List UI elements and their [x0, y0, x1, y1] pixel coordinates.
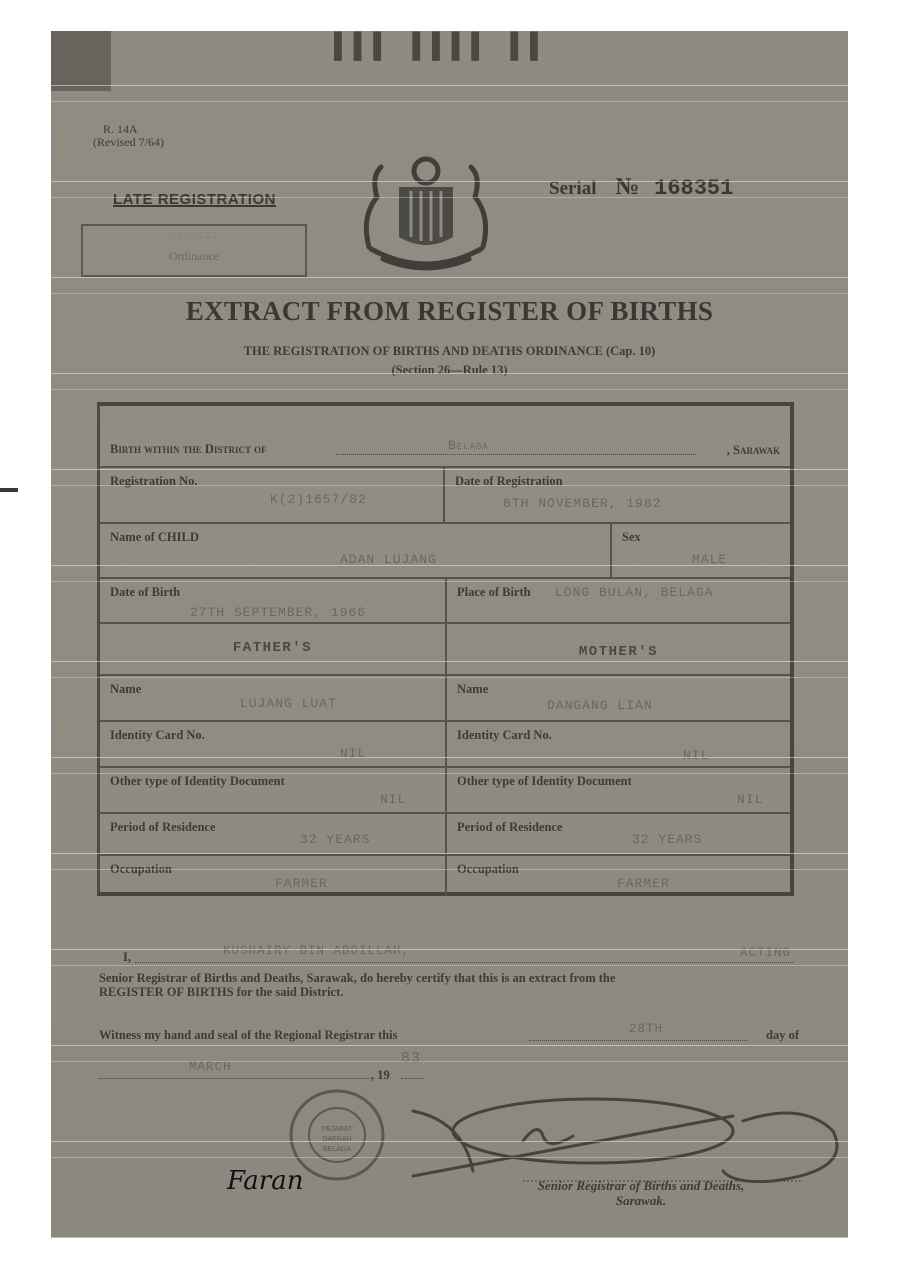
serial-label: Serial	[549, 178, 597, 199]
father-occupation-value: Farmer	[275, 876, 328, 891]
coat-of-arms-icon	[351, 149, 501, 274]
date-of-registration-cell: Date of Registration 8th November, 1982	[443, 468, 790, 522]
stamp-line-1: · · · · · · ·	[83, 230, 305, 245]
section-rule: (Section 26—Rule 13)	[51, 363, 848, 378]
sex-label: Sex	[622, 530, 641, 545]
parents-occupation-row: Occupation Farmer Occupation Farmer	[100, 856, 790, 896]
day-dotted-line	[529, 1040, 747, 1041]
stamp-line-2: Ordinance	[83, 249, 305, 264]
place-of-birth-cell: Place of Birth Long Bulan, Belaga	[445, 579, 790, 622]
statement-line-1: Senior Registrar of Births and Deaths, S…	[99, 971, 799, 985]
father-ic-value: NIL	[340, 746, 366, 761]
registrar-title-line-2: Sarawak.	[471, 1193, 811, 1208]
father-residence-label: Period of Residence	[110, 820, 216, 835]
register-table: Birth within the District of Belaga , Sa…	[97, 402, 794, 896]
date-of-registration-value: 8th November, 1982	[503, 496, 661, 511]
mother-ic-cell: Identity Card No. NIL	[445, 722, 790, 766]
place-of-birth-label: Place of Birth	[457, 585, 531, 600]
month-dotted-line	[99, 1078, 371, 1079]
father-heading-cell: FATHER'S	[100, 624, 445, 674]
registrar-dotted-line	[135, 962, 793, 963]
scan-margin-mark	[0, 488, 18, 492]
acting-value: Acting	[740, 946, 791, 960]
father-name-label: Name	[110, 682, 141, 697]
parents-ic-row: Identity Card No. NIL Identity Card No. …	[100, 722, 790, 768]
mother-other-id-label: Other type of Identity Document	[457, 774, 632, 789]
month-value: March	[189, 1060, 232, 1074]
registration-no-label: Registration No.	[110, 474, 198, 489]
mother-name-value: Dangang Lian	[547, 698, 653, 713]
mother-occupation-label: Occupation	[457, 862, 519, 877]
form-revision: (Revised 7/64)	[93, 136, 164, 149]
father-occupation-cell: Occupation Farmer	[100, 856, 445, 896]
sex-cell: Sex Male	[610, 524, 790, 577]
serial-number: Serial № 168351	[549, 174, 733, 201]
mother-residence-cell: Period of Residence 32 Years	[445, 814, 790, 854]
form-code: R. 14A (Revised 7/64)	[93, 123, 164, 149]
district-dotted-line	[336, 454, 696, 455]
statement-line-2: REGISTER OF BIRTHS for the said District…	[99, 985, 799, 999]
certification-name-line: I, Kushairy Bin Abdillah, Acting	[99, 948, 799, 966]
father-occupation-label: Occupation	[110, 862, 172, 877]
day-value: 28th	[629, 1022, 663, 1036]
sex-value: Male	[692, 552, 727, 567]
mother-occupation-cell: Occupation Farmer	[445, 856, 790, 896]
mother-other-id-value: NIL	[737, 792, 763, 807]
father-residence-value: 32 Years	[300, 832, 370, 847]
faded-stamp-box: · · · · · · · Ordinance	[81, 224, 307, 277]
svg-text:PEJABAT: PEJABAT	[322, 1126, 353, 1133]
father-residence-cell: Period of Residence 32 Years	[100, 814, 445, 854]
registration-no-cell: Registration No. K(2)1657/82	[100, 468, 443, 522]
father-ic-cell: Identity Card No. NIL	[100, 722, 445, 766]
document-title: EXTRACT FROM REGISTER OF BIRTHS	[51, 296, 848, 327]
date-of-birth-cell: Date of Birth 27th September, 1966	[100, 579, 445, 622]
registrar-title-line-1: Senior Registrar of Births and Deaths,	[471, 1178, 811, 1193]
witness-line: Witness my hand and seal of the Regional…	[99, 1028, 799, 1046]
top-stamped-number: ▌▌▌ ▌▌▌▌ ▌▌	[334, 31, 550, 61]
mother-other-id-cell: Other type of Identity Document NIL	[445, 768, 790, 812]
year-dotted-line	[401, 1078, 423, 1079]
witness-text: Witness my hand and seal of the Regional…	[99, 1028, 398, 1042]
district-value: Belaga	[448, 438, 489, 453]
late-registration-label: LATE REGISTRATION	[113, 191, 276, 208]
district-label: Birth within the District of	[110, 442, 267, 457]
child-name-value: Adan Lujang	[340, 552, 437, 567]
parents-residence-row: Period of Residence 32 Years Period of R…	[100, 814, 790, 856]
father-other-id-cell: Other type of Identity Document NIL	[100, 768, 445, 812]
parents-name-row: Name Lujang Luat Name Dangang Lian	[100, 676, 790, 722]
place-of-birth-value: Long Bulan, Belaga	[555, 585, 713, 600]
mother-ic-value: NIL	[683, 748, 709, 763]
parents-heading-row: FATHER'S MOTHER'S	[100, 624, 790, 676]
month-year-line: March , 19 83	[99, 1056, 799, 1086]
district-row: Birth within the District of Belaga , Sa…	[100, 406, 790, 468]
father-other-id-label: Other type of Identity Document	[110, 774, 285, 789]
birth-details-row: Date of Birth 27th September, 1966 Place…	[100, 579, 790, 624]
year-value: 83	[401, 1052, 421, 1066]
father-name-value: Lujang Luat	[240, 696, 337, 711]
mother-heading: MOTHER'S	[447, 644, 790, 660]
certification-i: I,	[123, 950, 131, 964]
certification-statement: Senior Registrar of Births and Deaths, S…	[99, 971, 799, 999]
registration-row: Registration No. K(2)1657/82 Date of Reg…	[100, 468, 790, 524]
parents-other-id-row: Other type of Identity Document NIL Othe…	[100, 768, 790, 814]
mother-ic-label: Identity Card No.	[457, 728, 552, 743]
mother-heading-cell: MOTHER'S	[445, 624, 790, 674]
serial-value: 168351	[654, 176, 733, 201]
child-name-label: Name of CHILD	[110, 530, 199, 545]
day-of-text: day of	[766, 1028, 799, 1042]
registration-no-value: K(2)1657/82	[270, 492, 367, 507]
mother-name-label: Name	[457, 682, 488, 697]
svg-text:BELAGA: BELAGA	[323, 1146, 351, 1153]
year-prefix: , 19	[371, 1068, 390, 1082]
father-name-cell: Name Lujang Luat	[100, 676, 445, 720]
mother-name-cell: Name Dangang Lian	[445, 676, 790, 720]
district-suffix: , Sarawak	[727, 443, 780, 458]
left-signature: Faran	[227, 1166, 303, 1196]
date-of-registration-label: Date of Registration	[455, 474, 563, 489]
mother-occupation-value: Farmer	[617, 876, 670, 891]
registrar-title: Senior Registrar of Births and Deaths, S…	[471, 1178, 811, 1208]
ordinance-subtitle: THE REGISTRATION OF BIRTHS AND DEATHS OR…	[51, 344, 848, 359]
mother-residence-label: Period of Residence	[457, 820, 563, 835]
child-name-cell: Name of CHILD Adan Lujang	[100, 524, 610, 577]
father-heading: FATHER'S	[100, 640, 445, 656]
registrar-name: Kushairy Bin Abdillah,	[223, 944, 410, 958]
father-ic-label: Identity Card No.	[110, 728, 205, 743]
number-sign: №	[615, 174, 639, 200]
date-of-birth-label: Date of Birth	[110, 585, 180, 600]
date-of-birth-value: 27th September, 1966	[190, 605, 366, 620]
child-row: Name of CHILD Adan Lujang Sex Male	[100, 524, 790, 579]
svg-text:DAERAH: DAERAH	[322, 1136, 351, 1143]
mother-residence-value: 32 Years	[632, 832, 702, 847]
scan-shadow	[51, 31, 111, 91]
birth-certificate-extract: ▌▌▌ ▌▌▌▌ ▌▌ R. 14A (Revised 7/64) LATE R…	[51, 31, 848, 1238]
father-other-id-value: NIL	[380, 792, 406, 807]
